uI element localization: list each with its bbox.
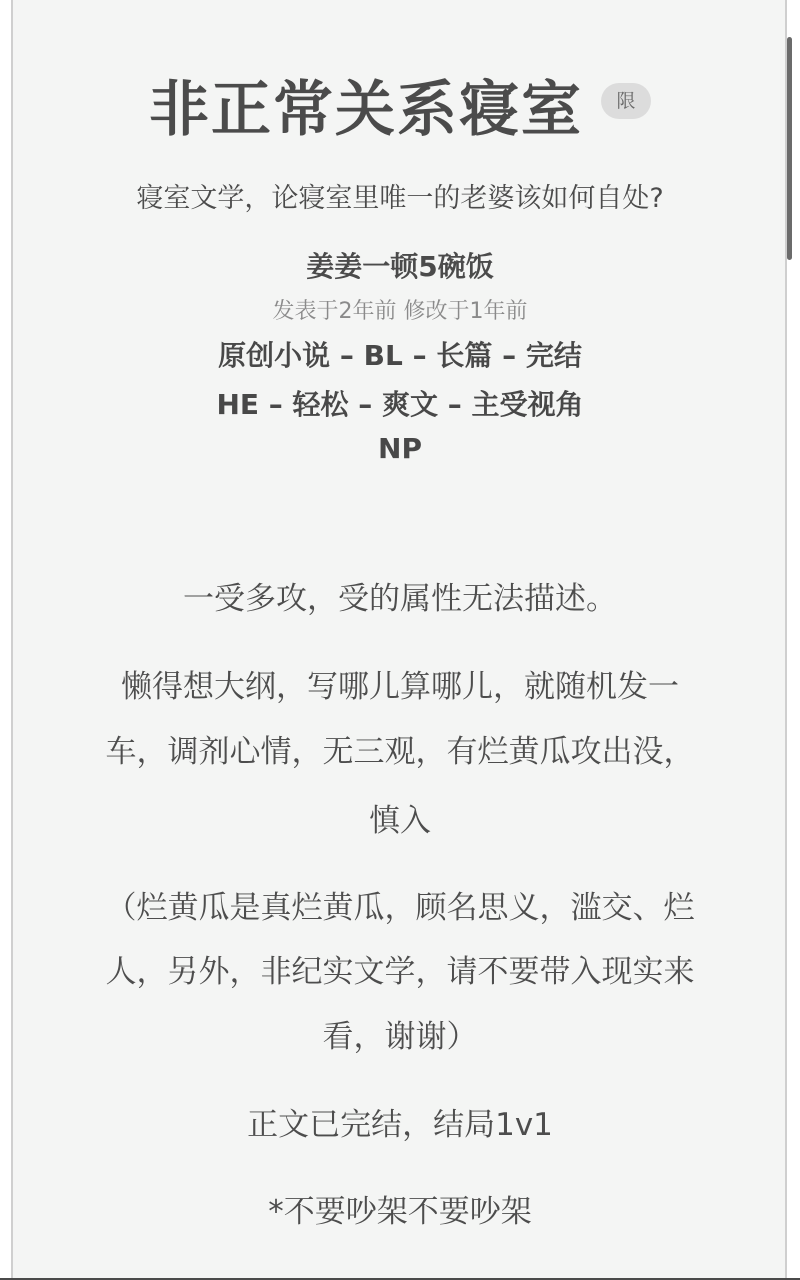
description-line: 正文已完结，结局1v1 xyxy=(0,1093,800,1158)
tag-line: 原创小说 – BL – 长篇 – 完结 xyxy=(0,334,800,374)
description-line: 一受多攻，受的属性无法描述。 xyxy=(0,567,800,632)
tag-line: NP xyxy=(0,432,800,465)
rating-badge: 限 xyxy=(601,83,651,119)
description-line: 慎入 xyxy=(0,789,800,854)
author-link[interactable]: 姜姜一顿5碗饭 xyxy=(0,245,800,285)
description-line: 懒得想大纲，写哪儿算哪儿，就随机发一 xyxy=(0,655,800,720)
description-line: 车，调剂心情，无三观，有烂黄瓜攻出没， xyxy=(0,720,800,785)
publish-dates: 发表于2年前 修改于1年前 xyxy=(0,294,800,325)
description-line: *不要吵架不要吵架 xyxy=(0,1180,800,1245)
title-row: 非正常关系寝室限 xyxy=(0,62,800,148)
work-title: 非正常关系寝室 xyxy=(149,62,583,148)
description-line: （烂黄瓜是真烂黄瓜，顾名思义，滥交、烂 xyxy=(0,876,800,941)
description-line: 人，另外，非纪实文学，请不要带入现实来 xyxy=(0,940,800,1005)
description-line: 看，谢谢） xyxy=(0,1005,800,1070)
tag-line: HE – 轻松 – 爽文 – 主受视角 xyxy=(0,383,800,423)
work-subtitle: 寝室文学，论寝室里唯一的老婆该如何自处? xyxy=(0,176,800,215)
